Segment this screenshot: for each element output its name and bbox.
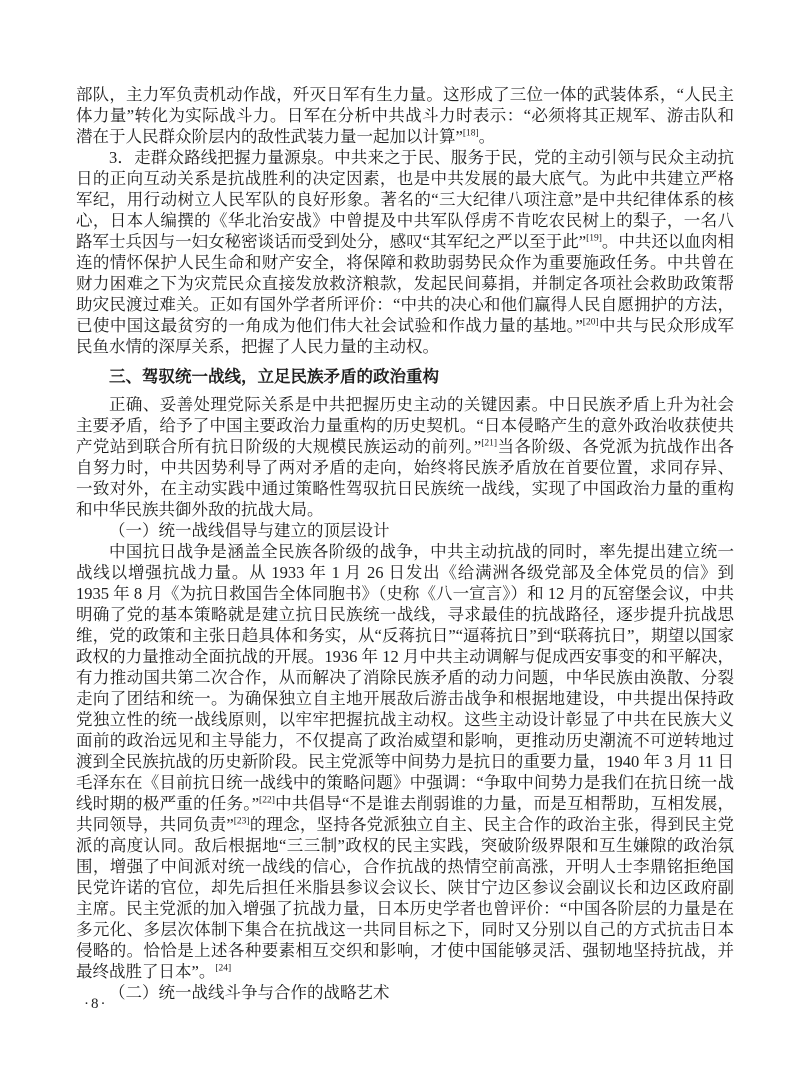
footnote-reference: [24] (215, 964, 231, 974)
page-number: ·8· (84, 996, 108, 1013)
text-run: 。 (479, 127, 496, 146)
text-run: 部队，主力军负责机动作战，歼灭日军有生力量。这形成了三位一体的武装体系，“人民主… (76, 85, 734, 146)
text-run: （一）统一战线倡导与建立的顶层设计 (109, 521, 390, 540)
section-heading: 三、驾驭统一战线，立足民族矛盾的政治重构 (76, 367, 734, 388)
footnote-reference: [18] (463, 129, 479, 139)
text-run: 的理念，坚持各党派独立自主、民主合作的政治主张，得到民主党派的高度认同。敌后根据… (76, 815, 734, 981)
article-body: 部队，主力军负责机动作战，歼灭日军有生力量。这形成了三位一体的武装体系，“人民主… (76, 84, 734, 1003)
text-run: 三、驾驭统一战线，立足民族矛盾的政治重构 (109, 368, 439, 386)
footnote-reference: [19] (586, 234, 602, 244)
footnote-reference: [20] (583, 318, 599, 328)
subsection-heading: （一）统一战线倡导与建立的顶层设计 (76, 520, 734, 541)
subsection-heading: （二）统一战线斗争与合作的战略艺术 (76, 982, 734, 1003)
body-paragraph: 部队，主力军负责机动作战，歼灭日军有生力量。这形成了三位一体的武装体系，“人民主… (76, 84, 734, 147)
text-run: 中国抗日战争是涵盖全民族各阶级的战争，中共主动抗战的同时，率先提出建立统一战线以… (76, 542, 734, 813)
footnote-reference: [22] (259, 796, 275, 806)
body-paragraph: 正确、妥善处理党际关系是中共把握历史主动的关键因素。中日民族矛盾上升为社会主要矛… (76, 394, 734, 520)
body-paragraph: 3．走群众路线把握力量源泉。中共来之于民、服务于民，党的主动引领与民众主动抗日的… (76, 147, 734, 357)
footnote-reference: [23] (234, 817, 250, 827)
text-run: （二）统一战线斗争与合作的战略艺术 (109, 983, 390, 1002)
footnote-reference: [21] (481, 439, 497, 449)
document-page: 部队，主力军负责机动作战，歼灭日军有生力量。这形成了三位一体的武装体系，“人民主… (0, 0, 793, 1077)
body-paragraph: 中国抗日战争是涵盖全民族各阶级的战争，中共主动抗战的同时，率先提出建立统一战线以… (76, 541, 734, 982)
